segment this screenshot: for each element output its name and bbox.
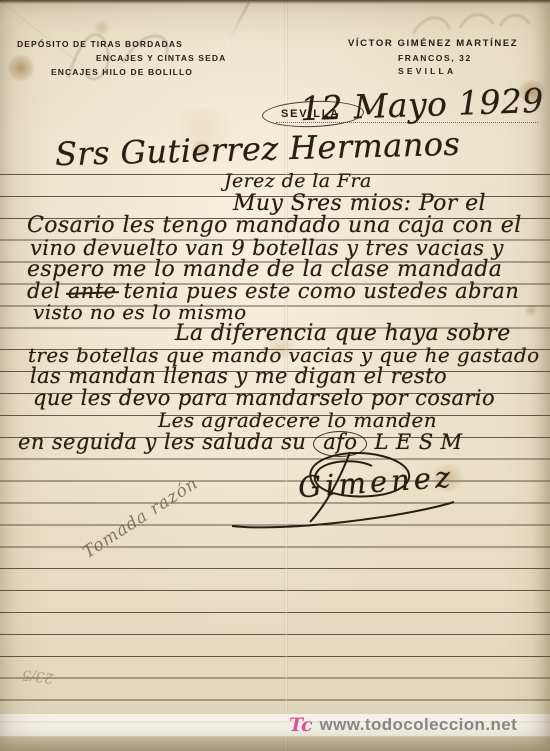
- body-line: visto no es lo mismo: [33, 302, 247, 322]
- watermark-band: Tc www.todocoleccion.net: [0, 714, 550, 736]
- body-line: La diferencia que haya sobre: [175, 323, 511, 345]
- letterhead-company-name: VÍCTOR GIMÉNEZ MARTÍNEZ: [348, 38, 518, 49]
- bottom-paper-edge: [0, 737, 550, 751]
- scanned-letter-page: DEPÓSITO DE TIRAS BORDADAS ENCAJES Y CIN…: [0, 0, 550, 751]
- top-crease: [225, 2, 250, 46]
- recipient-line: Srs Gutierrez Hermanos: [55, 128, 461, 171]
- body-line: vino devuelto van 9 botellas y tres vaci…: [30, 238, 504, 259]
- body-line-with-strikeout: del ante tenia pues este como ustedes ab…: [27, 281, 519, 302]
- body-line: Cosario les tengo mandado una caja con e…: [27, 215, 522, 237]
- todocoleccion-logo: Tc: [289, 714, 313, 736]
- body-line: Les agradecere lo manden: [158, 410, 437, 430]
- body-line: las mandan llenas y me digan el resto: [30, 366, 447, 387]
- stain: [8, 54, 34, 82]
- body-line: espero me lo mande de la clase mandada: [27, 259, 502, 281]
- letterhead-left-line-2: ENCAJES Y CINTAS SEDA: [96, 53, 226, 63]
- recipient-city-line: Jerez de la Fra: [224, 172, 372, 191]
- salutation-line: Muy Sres mios: Por el: [233, 193, 486, 215]
- letterhead-left-line-1: DEPÓSITO DE TIRAS BORDADAS: [17, 39, 183, 49]
- dateline-date-handwritten: 12 Mayo 1929: [299, 84, 544, 125]
- body-line: que les devo para mandarselo por cosario: [33, 388, 495, 409]
- letterhead-city: SEVILLA: [398, 66, 456, 76]
- body-line: tres botellas que mando vacias y que he …: [28, 345, 540, 365]
- watermark-url: www.todocoleccion.net: [320, 715, 518, 735]
- letterhead-address: FRANCOS, 32: [398, 53, 472, 63]
- watermark: Tc www.todocoleccion.net: [289, 714, 517, 736]
- letterhead-left-line-3: ENCAJES HILO DE BOLILLO: [51, 67, 193, 77]
